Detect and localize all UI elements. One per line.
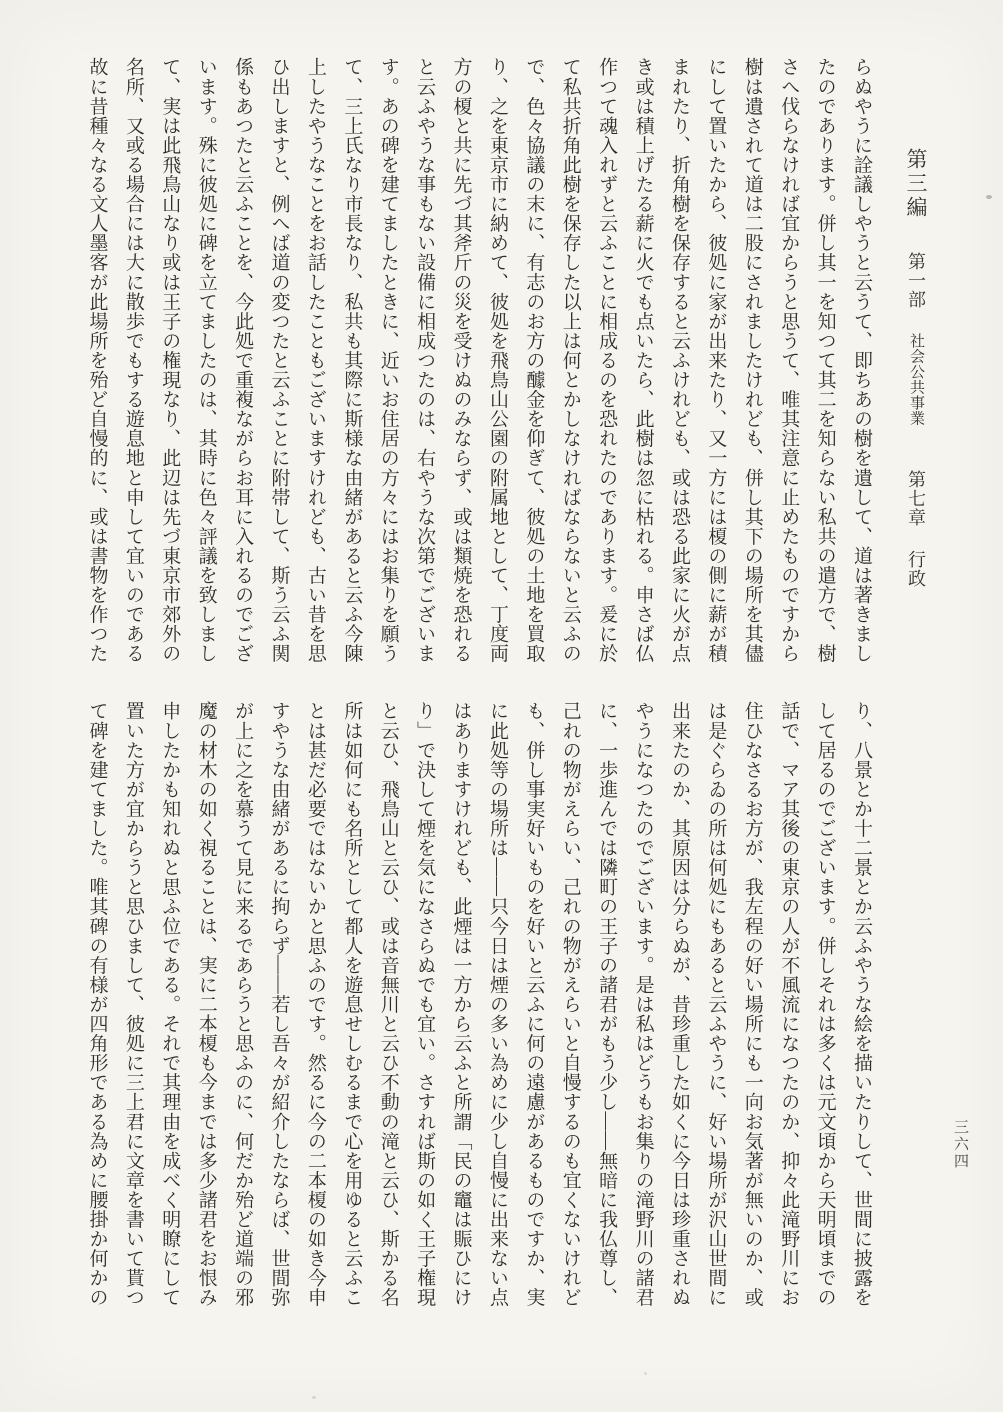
text-line: まれたり、折角樹を保存すると云ふけれども、或は恐る此家に火が点 <box>661 57 697 671</box>
text-line: と云ひ、飛鳥山と云ひ、或は音無川と云ひ不動の滝と云ひ、斯かる名 <box>369 701 405 1321</box>
text-line: 方の榎と共に先づ其斧斤の災を受けぬのみならず、或は類焼を恐れる <box>442 57 478 671</box>
text-line: 話で、マア其後の東京の人が不風流になつたのか、抑々此滝野川にお <box>770 701 806 1321</box>
running-head-chapter-title: 行政 <box>906 550 926 588</box>
running-head-chapter: 第七章 <box>906 470 926 527</box>
text-line: も、併し事実好いものを好いと云ふに何の遠慮があるものですか、実 <box>515 701 551 1321</box>
text-line: て私共折角此樹を保存した以上は何とかしなければならないと云ふの <box>551 57 587 671</box>
text-block-bottom: り、八景とか十二景とか云ふやうな絵を描いたりして、世間に披露をして居るのでござい… <box>77 701 879 1321</box>
text-line: にして置いたから、彼処に家が出来たり、又一方には榎の側に薪が積 <box>697 57 733 671</box>
text-line: ひ出しますと、例へば道の変つたと云ふことに附帯して、斯う云ふ関 <box>260 57 296 671</box>
running-head-volume: 第三編 <box>904 148 928 220</box>
running-head-part: 第一部 <box>906 252 926 309</box>
text-line: き或は積上げたる薪に火でも点いたら、此樹は忽に枯れる。申さば仏 <box>624 57 660 671</box>
text-line: 置いた方が宜からうと思ひまして、彼処に三上君に文章を書いて貰つ <box>114 701 150 1321</box>
text-line: います。殊に彼処に碑を立てましたのは、其時に色々評議を致しまし <box>187 57 223 671</box>
text-line: り、之を東京市に納めて、彼処を飛鳥山公園の附属地として、丁度両 <box>479 57 515 671</box>
text-line: て、三上氏なり市長なり、私共も其際に斯様な由緒があると云ふ今陳 <box>333 57 369 671</box>
text-line: らぬやうに詮議しやうと云うて、即ちあの樹を遺して、道は著きまし <box>843 57 879 671</box>
scanned-book-page: 第三編 第一部 社会公共事業 第七章 行政 らぬやうに詮議しやうと云うて、即ちあ… <box>0 0 1003 1412</box>
text-line: たのであります。併し其一を知つて其二を知らない私共の遣方で、樹 <box>806 57 842 671</box>
scan-speck <box>312 1396 316 1399</box>
running-head-section: 社会公共事業 <box>908 333 924 426</box>
text-line: 名所、又或る場合には大に散歩でもする遊息地と申して宜いのである <box>114 57 150 671</box>
text-line: り」で決して煙を気になさらぬでも宜い。さすれば斯の如く王子権現 <box>406 701 442 1321</box>
text-line: て碑を建てました。唯其碑の有様が四角形である為めに腰掛か何かの <box>78 701 114 1321</box>
text-line: に、一歩進んでは隣町の王子の諸君がもう少し――無暗に我仏尊し、 <box>588 701 624 1321</box>
text-line: 上したやうなことをお話したこともございますけれども、古い昔を思 <box>297 57 333 671</box>
text-line: やうになつたのでございます。是は私はどうもお集りの滝野川の諸君 <box>624 701 660 1321</box>
text-line: とは甚だ必要ではないかと思ふのです。然るに今の二本榎の如き今申 <box>297 701 333 1321</box>
text-line: が上に之を慕うて見に来るであらうと思ふのに、何だか殆ど道端の邪 <box>224 701 260 1321</box>
text-line: で、色々協議の末に、有志のお方の醵金を仰ぎて、彼処の土地を買取 <box>515 57 551 671</box>
text-line: さへ伐らなければ宜からうと思うて、唯其注意に止めたものですから <box>770 57 806 671</box>
text-line: 住ひなさるお方が、我左程の好い場所にも一向お気著が無いのか、或 <box>733 701 769 1321</box>
text-block-top: らぬやうに詮議しやうと云うて、即ちあの樹を遺して、道は著きましたのであります。併… <box>77 57 879 671</box>
page-number: 三六四 <box>950 1119 971 1170</box>
text-line: す。あの碑を建てましたときに、近いお住居の方々にはお集りを願う <box>369 57 405 671</box>
text-line: て、実は此飛鳥山なり或は王子の権現なり、此辺は先づ東京市郊外の <box>151 57 187 671</box>
text-line: 故に昔種々なる文人墨客が此場所を殆ど自慢的に、或は書物を作つた <box>78 57 114 671</box>
text-line: は是ぐらゐの所は何処にもあると云ふやうに、好い場所が沢山世間に <box>697 701 733 1321</box>
scan-speck <box>986 195 992 199</box>
scan-speck <box>644 1372 647 1375</box>
text-line: に此処等の場所は――只今日は煙の多い為めに少し自慢に出来ない点 <box>479 701 515 1321</box>
text-line: と云ふやうな事もない設備に相成つたのは、右やうな次第でございま <box>406 57 442 671</box>
text-line: 出来たのか、其原因は分らぬが、昔珍重した如くに今日は珍重されぬ <box>661 701 697 1321</box>
text-line: 己れの物がえらい、己れの物がえらいと自慢するのも宜くないけれど <box>551 701 587 1321</box>
text-line: 申したかも知れぬと思ふ位である。それで其理由を成べく明瞭にして <box>151 701 187 1321</box>
text-line: すやうな由緒があるに拘らず――若し吾々が紹介したならば、世間弥 <box>260 701 296 1321</box>
text-line: 樹は遺されて道は二股にされましたけれども、併し其下の場所を其儘 <box>733 57 769 671</box>
text-line: はありますけれども、此煙は一方から云ふと所謂「民の竈は賑ひにけ <box>442 701 478 1321</box>
text-line: 所は如何にも名所として都人を遊息せしむるまで心を用ゆると云ふこ <box>333 701 369 1321</box>
text-line: 係もあつたと云ふことを、今此処で重複ながらお耳に入れるのでござ <box>224 57 260 671</box>
text-line: して居るのでございます。併しそれは多くは元文頃から天明頃までの <box>806 701 842 1321</box>
text-line: 魔の材木の如く視ることは、実に二本榎も今までは多少諸君をお恨み <box>187 701 223 1321</box>
running-head: 第三編 第一部 社会公共事業 第七章 行政 <box>901 148 931 568</box>
text-line: り、八景とか十二景とか云ふやうな絵を描いたりして、世間に披露を <box>843 701 879 1321</box>
text-line: 作つて魂入れずと云ふことに相成るのを恐れたのであります。爰に於 <box>588 57 624 671</box>
